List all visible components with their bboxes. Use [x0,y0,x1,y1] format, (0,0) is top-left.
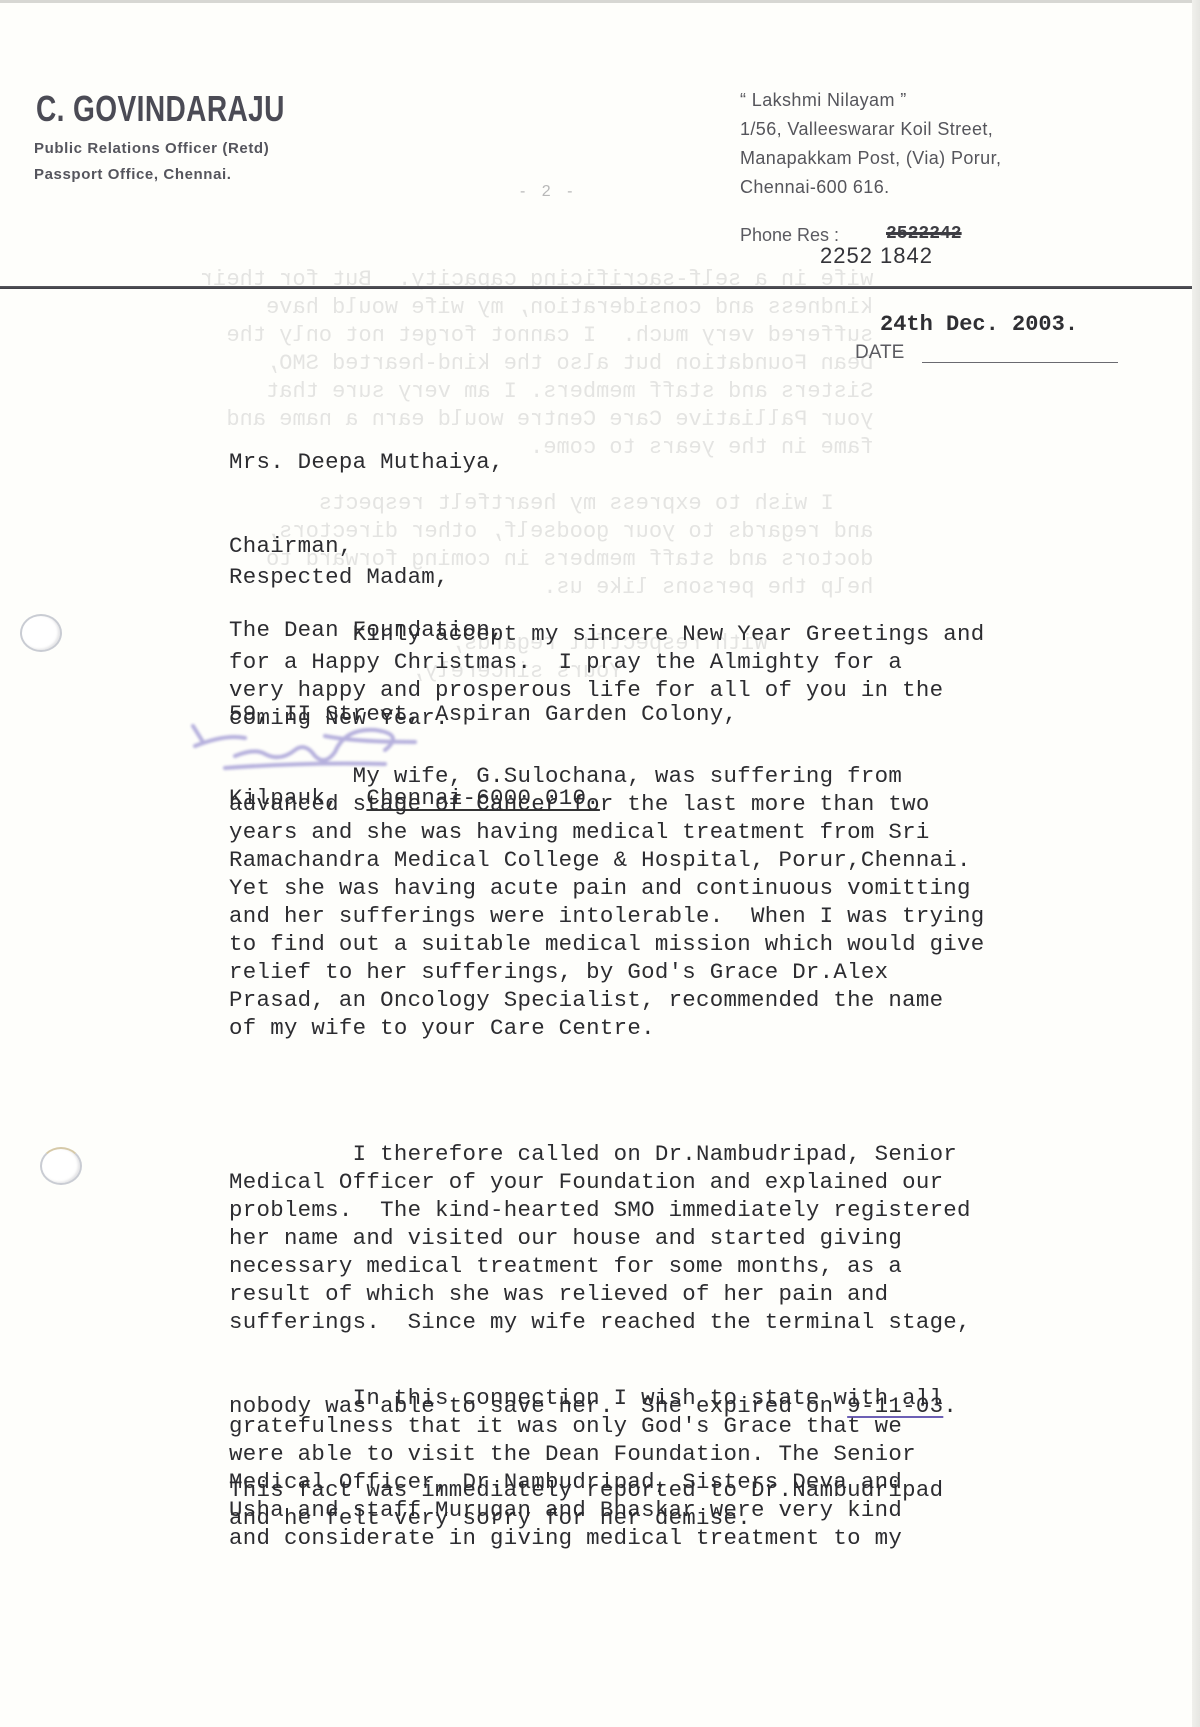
text-line: Kinly accept my sincere New Year Greetin… [229,620,985,648]
text-line: gratefulness that it was only God's Grac… [229,1412,943,1440]
show-through-line: wife in a self-sacrificing capacity. But… [200,266,873,294]
paragraph-gratitude: In this connection I wish to state with … [229,1384,943,1552]
text-line: were able to visit the Dean Foundation. … [229,1440,943,1468]
date-label: DATE [855,342,904,364]
text-line: Ramachandra Medical College & Hospital, … [229,846,985,874]
letterhead-divider [0,286,1193,289]
letterhead-name: C. GOVINDARAJU [36,88,285,130]
text-line: advanced stage of Cancer for the last mo… [229,790,985,818]
text-line: years and she was having medical treatme… [229,818,985,846]
date-underline [922,362,1118,363]
text-line: relief to her sufferings, by God's Grace… [229,958,985,986]
text-line: Prasad, an Oncology Specialist, recommen… [229,986,985,1014]
address-street: 1/56, Valleeswarar Koil Street, [740,119,993,140]
text-line: of my wife to your Care Centre. [229,1014,985,1042]
page-top-edge [0,0,1200,3]
text-line: Usha and staff Murugan and Bhaskar were … [229,1496,943,1524]
recipient-name: Mrs. Deepa Muthaiya, [229,448,737,476]
text-line: Yet she was having acute pain and contin… [229,874,985,902]
expiry-suffix: . [943,1393,957,1419]
text-line: result of which she was relieved of her … [229,1280,971,1308]
text-line: sufferings. Since my wife reached the te… [229,1308,971,1336]
phone-old-struck: 2522242 [886,224,962,244]
date-value: 24th Dec. 2003. [880,312,1078,337]
salutation: Respected Madam, [229,563,449,591]
text-line: and considerate in giving medical treatm… [229,1524,943,1552]
paragraph-treatment-body: I therefore called on Dr.Nambudripad, Se… [229,1140,971,1336]
show-through-line: Dean Foundation but also the kind-hearte… [200,350,873,378]
letterhead-title: Public Relations Officer (Retd) [34,140,269,157]
letterhead-office: Passport Office, Chennai. [34,166,232,183]
page-number: - 2 - [520,183,578,201]
text-line: to find out a suitable medical mission w… [229,930,985,958]
text-line: very happy and prosperous life for all o… [229,676,985,704]
signature-scribble [185,712,425,772]
text-line: her name and visited our house and start… [229,1224,971,1252]
text-line: Medical Officer of your Foundation and e… [229,1168,971,1196]
text-line: Medical Officer, Dr.Nambudripad, Sisters… [229,1468,943,1496]
address-city: Chennai-600 616. [740,177,890,198]
show-through-line: suffered very much. I cannot forget not … [200,322,873,350]
punch-hole-lower [40,1147,82,1185]
recipient-position: Chairman, [229,532,737,560]
text-line: problems. The kind-hearted SMO immediate… [229,1196,971,1224]
address-house-name: “ Lakshmi Nilayam ” [740,90,907,111]
punch-hole-upper [20,614,62,652]
paragraph-illness: My wife, G.Sulochana, was suffering from… [229,762,985,1042]
address-post: Manapakkam Post, (Via) Porur, [740,148,1001,169]
text-line: and her sufferings were intolerable. Whe… [229,902,985,930]
phone-number: 2252 1842 [820,243,933,269]
text-line: necessary medical treatment for some mon… [229,1252,971,1280]
show-through-line: kindness and consideration, my wife woul… [200,294,873,322]
text-line: In this connection I wish to state with … [229,1384,943,1412]
letter-page: wife in a self-sacrificing capacity. But… [0,0,1200,1727]
text-line: I therefore called on Dr.Nambudripad, Se… [229,1140,971,1168]
text-line: for a Happy Christmas. I pray the Almigh… [229,648,985,676]
